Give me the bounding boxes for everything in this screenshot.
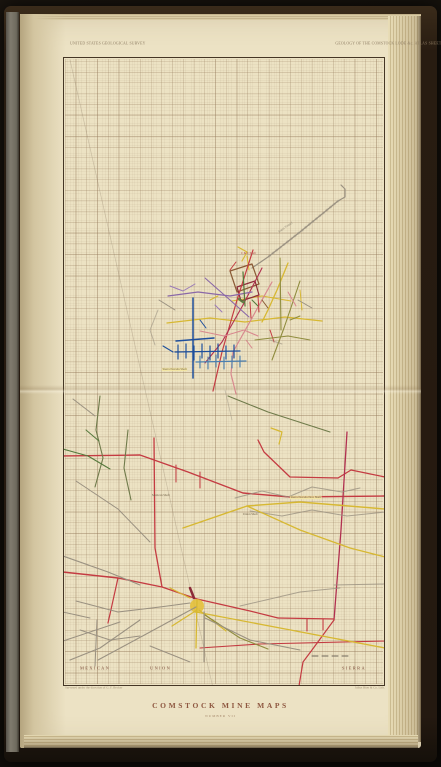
credit-right: Julius Bien & Co. Lith. (355, 686, 385, 690)
header-right: GEOLOGY OF THE COMSTOCK LODE &c. ATLAS S… (336, 41, 441, 46)
photo-backdrop: UNITED STATES GEOLOGICAL SURVEY GEOLOGY … (0, 0, 441, 767)
page-edges-right (388, 16, 421, 742)
atlas-page: UNITED STATES GEOLOGICAL SURVEY GEOLOGY … (20, 14, 421, 748)
page-binding-shadow (20, 14, 66, 748)
map-frame (63, 57, 385, 686)
map-grid (65, 59, 383, 684)
page-top-edge (20, 14, 421, 20)
header-left: UNITED STATES GEOLOGICAL SURVEY (70, 41, 146, 46)
map-title: COMSTOCK MINE MAPS (152, 701, 289, 710)
page-edges-bottom (24, 735, 418, 748)
map-subtitle: NUMBER VII (120, 714, 321, 718)
title-block: COMSTOCK MINE MAPS NUMBER VII (20, 695, 421, 722)
credit-left: Surveyed under the direction of G. F. Be… (65, 686, 122, 690)
book-spine-edge (6, 12, 19, 752)
fold-crease (20, 385, 421, 394)
credits-row: Surveyed under the direction of G. F. Be… (65, 686, 385, 693)
sheet-header: UNITED STATES GEOLOGICAL SURVEY GEOLOGY … (70, 41, 386, 50)
